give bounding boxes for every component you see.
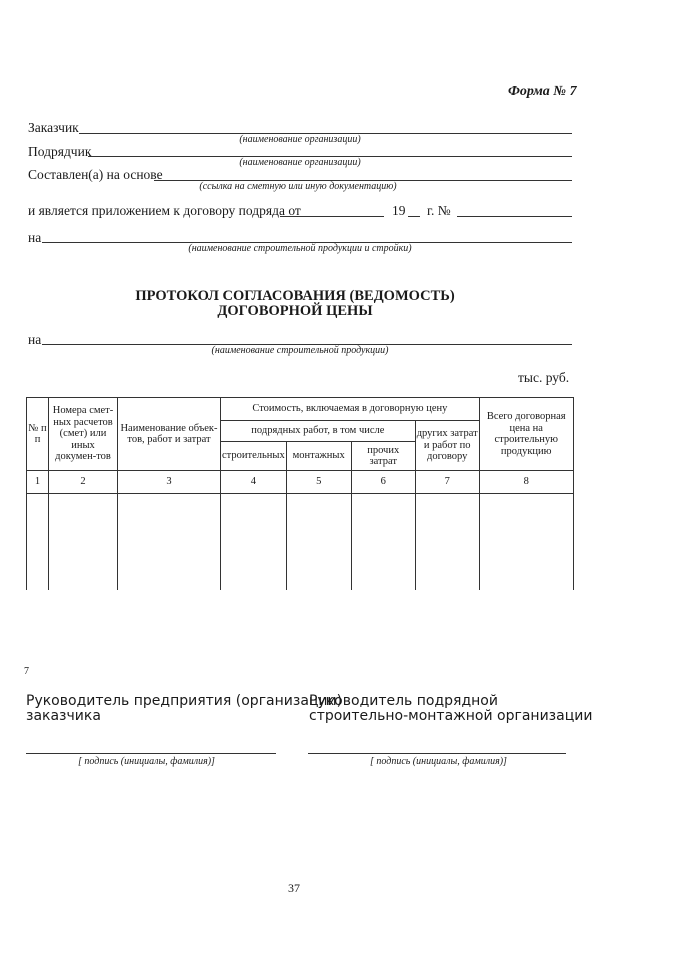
left-signature-title-line1: Руководитель предприятия (организации) [26,694,342,709]
price-table: № п п Номера смет-ных расчетов (смет) ил… [26,397,574,590]
col-number: 1 [27,471,49,494]
header-other-costs: прочих затрат [351,442,415,471]
header-construction: строительных [221,442,287,471]
col-number: 4 [221,471,287,494]
object-hint: (наименование строительной продукции и с… [188,243,411,254]
contract-number-field[interactable] [457,216,572,217]
left-signature-field[interactable] [26,753,276,754]
header-num: № п п [27,398,49,471]
header-total: Всего договорная цена на строительную пр… [479,398,573,471]
col-number: 2 [49,471,118,494]
header-name: Наименование объек-тов, работ и затрат [118,398,221,471]
left-signature-hint: [ подпись (инициалы, фамилия)] [78,756,215,767]
right-signature-title-line2: строительно-монтажной организации [309,709,592,724]
cell-other-works[interactable] [415,494,479,591]
table-row [27,494,574,591]
header-cost-group: Стоимость, включаемая в договорную цену [221,398,480,421]
document-title-line1: ПРОТОКОЛ СОГЛАСОВАНИЯ (ВЕДОМОСТЬ) [0,288,590,304]
contract-date-field[interactable] [280,216,384,217]
header-installation: монтажных [286,442,351,471]
units-label: тыс. руб. [518,370,569,386]
right-signature-field[interactable] [308,753,566,754]
form-number: Форма № 7 [508,84,577,100]
product-hint: (наименование строительной продукции) [212,345,389,356]
col-number: 6 [351,471,415,494]
page-number: 37 [288,881,300,896]
customer-label: Заказчик [28,120,79,136]
col-number: 5 [286,471,351,494]
year-field[interactable] [408,216,420,217]
cell-name[interactable] [118,494,221,591]
document-title-line2: ДОГОВОРНОЙ ЦЕНЫ [0,303,590,319]
based-on-label: Составлен(а) на основе [28,167,163,183]
left-signature-title-line2: заказчика [26,709,101,724]
col-number: 7 [415,471,479,494]
cell-num[interactable] [27,494,49,591]
stray-mark: 7 [24,666,29,677]
customer-hint: (наименование организации) [239,134,360,145]
cell-total[interactable] [479,494,573,591]
product-label: на [28,332,41,348]
object-label: на [28,230,41,246]
appendix-label: и является приложением к договору подряд… [28,203,301,219]
column-number-row: 1 2 3 4 5 6 7 8 [27,471,574,494]
header-other-works: других затрат и работ по договору [415,421,479,471]
cell-other-costs[interactable] [351,494,415,591]
header-contract-works: подрядных работ, в том числе [221,421,416,442]
cell-installation[interactable] [286,494,351,591]
cell-construction[interactable] [221,494,287,591]
contractor-hint: (наименование организации) [239,157,360,168]
right-signature-title-line1: Руководитель подрядной [309,694,498,709]
year-prefix: 19 [392,203,406,219]
header-docs: Номера смет-ных расчетов (смет) или иных… [49,398,118,471]
based-on-hint: (ссылка на сметную или иную документацию… [199,181,396,192]
col-number: 8 [479,471,573,494]
right-signature-hint: [ подпись (инициалы, фамилия)] [370,756,507,767]
col-number: 3 [118,471,221,494]
contractor-label: Подрядчик [28,144,91,160]
contract-number-label: г. № [427,203,451,219]
cell-docs[interactable] [49,494,118,591]
